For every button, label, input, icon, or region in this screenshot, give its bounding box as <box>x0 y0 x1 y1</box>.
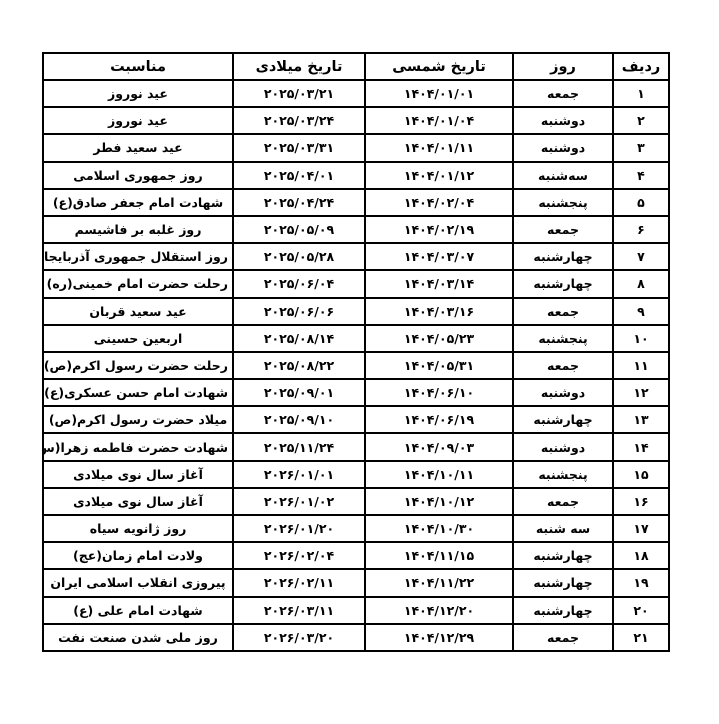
table-row: ۲۱ جمعه ۱۴۰۴/۱۲/۲۹ ۲۰۲۶/۰۳/۲۰ روز ملی شد… <box>43 624 669 651</box>
cell-shamsi-date: ۱۴۰۴/۰۳/۱۶ <box>365 298 513 325</box>
table-row: ۱۸ چهارشنبه ۱۴۰۴/۱۱/۱۵ ۲۰۲۶/۰۲/۰۴ ولادت … <box>43 542 669 569</box>
cell-shamsi-date: ۱۴۰۴/۰۱/۰۴ <box>365 107 513 134</box>
cell-shamsi-date: ۱۴۰۴/۰۱/۱۱ <box>365 134 513 161</box>
cell-occasion: روز استقلال جمهوری آذربایجان <box>43 243 233 270</box>
cell-occasion: روز غلبه بر فاشیسم <box>43 216 233 243</box>
cell-shamsi-date: ۱۴۰۴/۱۲/۲۰ <box>365 597 513 624</box>
cell-miladi-date: ۲۰۲۵/۰۴/۲۴ <box>233 189 365 216</box>
cell-shamsi-date: ۱۴۰۴/۱۱/۱۵ <box>365 542 513 569</box>
cell-miladi-date: ۲۰۲۵/۰۹/۰۱ <box>233 379 365 406</box>
cell-day: چهارشنبه <box>513 569 613 596</box>
cell-shamsi-date: ۱۴۰۴/۰۱/۰۱ <box>365 80 513 107</box>
cell-shamsi-date: ۱۴۰۴/۰۳/۰۷ <box>365 243 513 270</box>
cell-row-number: ۱۷ <box>613 515 669 542</box>
cell-row-number: ۱۱ <box>613 352 669 379</box>
header-occasion: مناسبت <box>43 53 233 80</box>
holiday-calendar-table: ردیف روز تاریخ شمسی تاریخ میلادی مناسبت … <box>42 52 670 652</box>
cell-occasion: پیروزی انقلاب اسلامی ایران <box>43 569 233 596</box>
table-row: ۷ چهارشنبه ۱۴۰۴/۰۳/۰۷ ۲۰۲۵/۰۵/۲۸ روز است… <box>43 243 669 270</box>
cell-day: چهارشنبه <box>513 243 613 270</box>
table-row: ۵ پنجشنبه ۱۴۰۴/۰۲/۰۴ ۲۰۲۵/۰۴/۲۴ شهادت ام… <box>43 189 669 216</box>
cell-day: پنجشنبه <box>513 461 613 488</box>
cell-shamsi-date: ۱۴۰۴/۰۶/۱۹ <box>365 406 513 433</box>
table-row: ۱۴ دوشنبه ۱۴۰۴/۰۹/۰۳ ۲۰۲۵/۱۱/۲۴ شهادت حض… <box>43 433 669 460</box>
header-row-number: ردیف <box>613 53 669 80</box>
cell-occasion: اربعین حسینی <box>43 325 233 352</box>
table-row: ۱ جمعه ۱۴۰۴/۰۱/۰۱ ۲۰۲۵/۰۳/۲۱ عید نوروز <box>43 80 669 107</box>
cell-row-number: ۹ <box>613 298 669 325</box>
table-row: ۶ جمعه ۱۴۰۴/۰۲/۱۹ ۲۰۲۵/۰۵/۰۹ روز غلبه بر… <box>43 216 669 243</box>
header-day: روز <box>513 53 613 80</box>
cell-miladi-date: ۲۰۲۵/۰۸/۱۴ <box>233 325 365 352</box>
cell-shamsi-date: ۱۴۰۴/۱۱/۲۲ <box>365 569 513 596</box>
cell-miladi-date: ۲۰۲۵/۰۶/۰۶ <box>233 298 365 325</box>
table-row: ۸ چهارشنبه ۱۴۰۴/۰۳/۱۴ ۲۰۲۵/۰۶/۰۴ رحلت حض… <box>43 270 669 297</box>
header-row: ردیف روز تاریخ شمسی تاریخ میلادی مناسبت <box>43 53 669 80</box>
cell-day: دوشنبه <box>513 433 613 460</box>
cell-miladi-date: ۲۰۲۵/۰۵/۲۸ <box>233 243 365 270</box>
cell-occasion: ولادت امام زمان(عج) <box>43 542 233 569</box>
cell-shamsi-date: ۱۴۰۴/۰۱/۱۲ <box>365 162 513 189</box>
cell-shamsi-date: ۱۴۰۴/۰۶/۱۰ <box>365 379 513 406</box>
cell-miladi-date: ۲۰۲۵/۰۳/۲۱ <box>233 80 365 107</box>
cell-day: جمعه <box>513 624 613 651</box>
cell-row-number: ۱۲ <box>613 379 669 406</box>
table-row: ۳ دوشنبه ۱۴۰۴/۰۱/۱۱ ۲۰۲۵/۰۳/۳۱ عید سعید … <box>43 134 669 161</box>
table-row: ۱۰ پنجشنبه ۱۴۰۴/۰۵/۲۳ ۲۰۲۵/۰۸/۱۴ اربعین … <box>43 325 669 352</box>
cell-day: چهارشنبه <box>513 542 613 569</box>
document-page: ردیف روز تاریخ شمسی تاریخ میلادی مناسبت … <box>0 0 719 724</box>
cell-day: جمعه <box>513 488 613 515</box>
cell-day: چهارشنبه <box>513 406 613 433</box>
cell-miladi-date: ۲۰۲۶/۰۱/۲۰ <box>233 515 365 542</box>
cell-miladi-date: ۲۰۲۵/۰۳/۲۴ <box>233 107 365 134</box>
cell-miladi-date: ۲۰۲۶/۰۳/۱۱ <box>233 597 365 624</box>
cell-shamsi-date: ۱۴۰۴/۰۵/۳۱ <box>365 352 513 379</box>
cell-shamsi-date: ۱۴۰۴/۰۲/۰۴ <box>365 189 513 216</box>
table-row: ۱۶ جمعه ۱۴۰۴/۱۰/۱۲ ۲۰۲۶/۰۱/۰۲ آغاز سال ن… <box>43 488 669 515</box>
table-row: ۴ سه‌شنبه ۱۴۰۴/۰۱/۱۲ ۲۰۲۵/۰۴/۰۱ روز جمهو… <box>43 162 669 189</box>
cell-occasion: آغاز سال نوی میلادی <box>43 461 233 488</box>
cell-occasion: شهادت امام علی (ع) <box>43 597 233 624</box>
table-header: ردیف روز تاریخ شمسی تاریخ میلادی مناسبت <box>43 53 669 80</box>
table-row: ۱۷ سه شنبه ۱۴۰۴/۱۰/۳۰ ۲۰۲۶/۰۱/۲۰ روز ژان… <box>43 515 669 542</box>
cell-row-number: ۱۳ <box>613 406 669 433</box>
header-miladi-date: تاریخ میلادی <box>233 53 365 80</box>
cell-occasion: شهادت امام حسن عسکری(ع) <box>43 379 233 406</box>
cell-shamsi-date: ۱۴۰۴/۰۵/۲۳ <box>365 325 513 352</box>
cell-row-number: ۴ <box>613 162 669 189</box>
cell-day: جمعه <box>513 216 613 243</box>
cell-miladi-date: ۲۰۲۵/۰۵/۰۹ <box>233 216 365 243</box>
cell-shamsi-date: ۱۴۰۴/۰۹/۰۳ <box>365 433 513 460</box>
cell-shamsi-date: ۱۴۰۴/۱۲/۲۹ <box>365 624 513 651</box>
cell-occasion: رحلت حضرت امام خمینی(ره) <box>43 270 233 297</box>
cell-miladi-date: ۲۰۲۵/۰۳/۳۱ <box>233 134 365 161</box>
cell-miladi-date: ۲۰۲۶/۰۲/۰۴ <box>233 542 365 569</box>
cell-occasion: عید سعید قربان <box>43 298 233 325</box>
header-shamsi-date: تاریخ شمسی <box>365 53 513 80</box>
cell-row-number: ۱۶ <box>613 488 669 515</box>
cell-occasion: روز جمهوری اسلامی <box>43 162 233 189</box>
table-row: ۱۵ پنجشنبه ۱۴۰۴/۱۰/۱۱ ۲۰۲۶/۰۱/۰۱ آغاز سا… <box>43 461 669 488</box>
table-row: ۹ جمعه ۱۴۰۴/۰۳/۱۶ ۲۰۲۵/۰۶/۰۶ عید سعید قر… <box>43 298 669 325</box>
cell-row-number: ۱ <box>613 80 669 107</box>
cell-miladi-date: ۲۰۲۶/۰۲/۱۱ <box>233 569 365 596</box>
cell-occasion: عید نوروز <box>43 107 233 134</box>
cell-shamsi-date: ۱۴۰۴/۱۰/۱۲ <box>365 488 513 515</box>
cell-shamsi-date: ۱۴۰۴/۰۳/۱۴ <box>365 270 513 297</box>
cell-row-number: ۳ <box>613 134 669 161</box>
cell-day: سه‌شنبه <box>513 162 613 189</box>
cell-row-number: ۷ <box>613 243 669 270</box>
table-body: ۱ جمعه ۱۴۰۴/۰۱/۰۱ ۲۰۲۵/۰۳/۲۱ عید نوروز ۲… <box>43 80 669 651</box>
cell-occasion: عید نوروز <box>43 80 233 107</box>
cell-day: جمعه <box>513 80 613 107</box>
cell-miladi-date: ۲۰۲۵/۰۶/۰۴ <box>233 270 365 297</box>
cell-miladi-date: ۲۰۲۶/۰۱/۰۲ <box>233 488 365 515</box>
cell-occasion: روز ژانویه سیاه <box>43 515 233 542</box>
cell-day: چهارشنبه <box>513 270 613 297</box>
cell-occasion: عید سعید فطر <box>43 134 233 161</box>
cell-miladi-date: ۲۰۲۶/۰۱/۰۱ <box>233 461 365 488</box>
cell-day: پنجشنبه <box>513 325 613 352</box>
table-row: ۱۹ چهارشنبه ۱۴۰۴/۱۱/۲۲ ۲۰۲۶/۰۲/۱۱ پیروزی… <box>43 569 669 596</box>
table-row: ۲۰ چهارشنبه ۱۴۰۴/۱۲/۲۰ ۲۰۲۶/۰۳/۱۱ شهادت … <box>43 597 669 624</box>
cell-occasion: شهادت حضرت فاطمه زهرا(س) <box>43 433 233 460</box>
cell-day: دوشنبه <box>513 134 613 161</box>
cell-row-number: ۱۸ <box>613 542 669 569</box>
table-row: ۱۱ جمعه ۱۴۰۴/۰۵/۳۱ ۲۰۲۵/۰۸/۲۲ رحلت حضرت … <box>43 352 669 379</box>
cell-row-number: ۲۱ <box>613 624 669 651</box>
cell-row-number: ۱۹ <box>613 569 669 596</box>
cell-row-number: ۲ <box>613 107 669 134</box>
cell-row-number: ۵ <box>613 189 669 216</box>
cell-day: دوشنبه <box>513 107 613 134</box>
table-row: ۲ دوشنبه ۱۴۰۴/۰۱/۰۴ ۲۰۲۵/۰۳/۲۴ عید نوروز <box>43 107 669 134</box>
cell-miladi-date: ۲۰۲۶/۰۳/۲۰ <box>233 624 365 651</box>
table-row: ۱۲ دوشنبه ۱۴۰۴/۰۶/۱۰ ۲۰۲۵/۰۹/۰۱ شهادت ام… <box>43 379 669 406</box>
cell-day: دوشنبه <box>513 379 613 406</box>
cell-row-number: ۱۰ <box>613 325 669 352</box>
cell-day: جمعه <box>513 352 613 379</box>
cell-occasion: شهادت امام جعفر صادق(ع) <box>43 189 233 216</box>
cell-miladi-date: ۲۰۲۵/۰۹/۱۰ <box>233 406 365 433</box>
cell-miladi-date: ۲۰۲۵/۰۴/۰۱ <box>233 162 365 189</box>
cell-day: چهارشنبه <box>513 597 613 624</box>
cell-shamsi-date: ۱۴۰۴/۱۰/۳۰ <box>365 515 513 542</box>
cell-occasion: روز ملی شدن صنعت نفت <box>43 624 233 651</box>
cell-occasion: آغاز سال نوی میلادی <box>43 488 233 515</box>
cell-row-number: ۱۵ <box>613 461 669 488</box>
cell-row-number: ۲۰ <box>613 597 669 624</box>
cell-row-number: ۱۴ <box>613 433 669 460</box>
cell-row-number: ۸ <box>613 270 669 297</box>
cell-occasion: رحلت حضرت رسول اکرم(ص) <box>43 352 233 379</box>
cell-occasion: میلاد حضرت رسول اکرم(ص) <box>43 406 233 433</box>
cell-day: سه شنبه <box>513 515 613 542</box>
table-row: ۱۳ چهارشنبه ۱۴۰۴/۰۶/۱۹ ۲۰۲۵/۰۹/۱۰ میلاد … <box>43 406 669 433</box>
cell-shamsi-date: ۱۴۰۴/۱۰/۱۱ <box>365 461 513 488</box>
cell-day: پنجشنبه <box>513 189 613 216</box>
cell-miladi-date: ۲۰۲۵/۱۱/۲۴ <box>233 433 365 460</box>
cell-row-number: ۶ <box>613 216 669 243</box>
cell-shamsi-date: ۱۴۰۴/۰۲/۱۹ <box>365 216 513 243</box>
cell-day: جمعه <box>513 298 613 325</box>
cell-miladi-date: ۲۰۲۵/۰۸/۲۲ <box>233 352 365 379</box>
